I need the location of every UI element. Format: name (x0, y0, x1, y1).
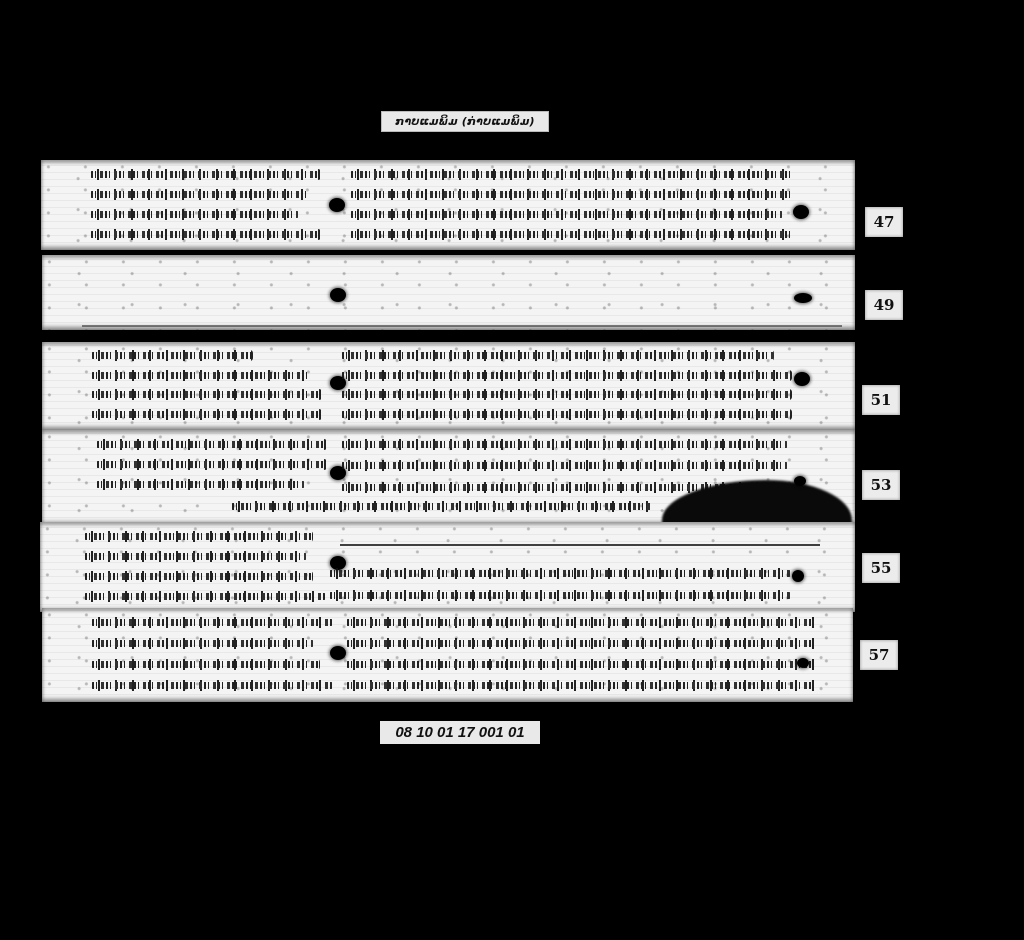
palm-leaf-53 (42, 430, 855, 525)
binding-hole-right (794, 293, 812, 303)
catalog-code-label: 08 10 01 17 001 01 (380, 721, 540, 744)
page-number-49: 49 (865, 290, 903, 320)
leaf-text-block (97, 434, 327, 494)
page-number-55: 55 (862, 553, 900, 583)
leaf-text-block (91, 164, 321, 244)
palm-leaf-47 (41, 160, 855, 250)
page-number-53: 53 (862, 470, 900, 500)
binding-hole-right (794, 476, 806, 486)
page-number-47: 47 (865, 207, 903, 237)
page-number-51: 51 (862, 385, 900, 415)
palm-leaf-49 (42, 255, 855, 330)
leaf-text-block (351, 164, 791, 244)
leaf-text-block (92, 612, 332, 696)
leaf-text-block (85, 526, 325, 606)
binding-hole-right (794, 372, 810, 386)
binding-hole-left (329, 198, 345, 212)
binding-hole-right (792, 570, 804, 582)
leaf-text-block (92, 346, 322, 424)
binding-hole-right (793, 205, 809, 219)
binding-hole-left (330, 646, 346, 660)
binding-hole-left (330, 288, 346, 302)
leaf-text-block (342, 346, 792, 424)
leaf-text-block (347, 612, 817, 696)
page-number-57: 57 (860, 640, 898, 670)
palm-leaf-51 (42, 342, 855, 430)
palm-leaf-57 (42, 608, 853, 702)
leaf-text-block (330, 562, 790, 606)
leaf-text-block (232, 496, 652, 516)
binding-hole-right (797, 658, 809, 668)
palm-leaf-55 (40, 522, 855, 612)
manuscript-title-label: ກາບແມພິມ (ກ່າບແມພິມ) (381, 111, 549, 132)
